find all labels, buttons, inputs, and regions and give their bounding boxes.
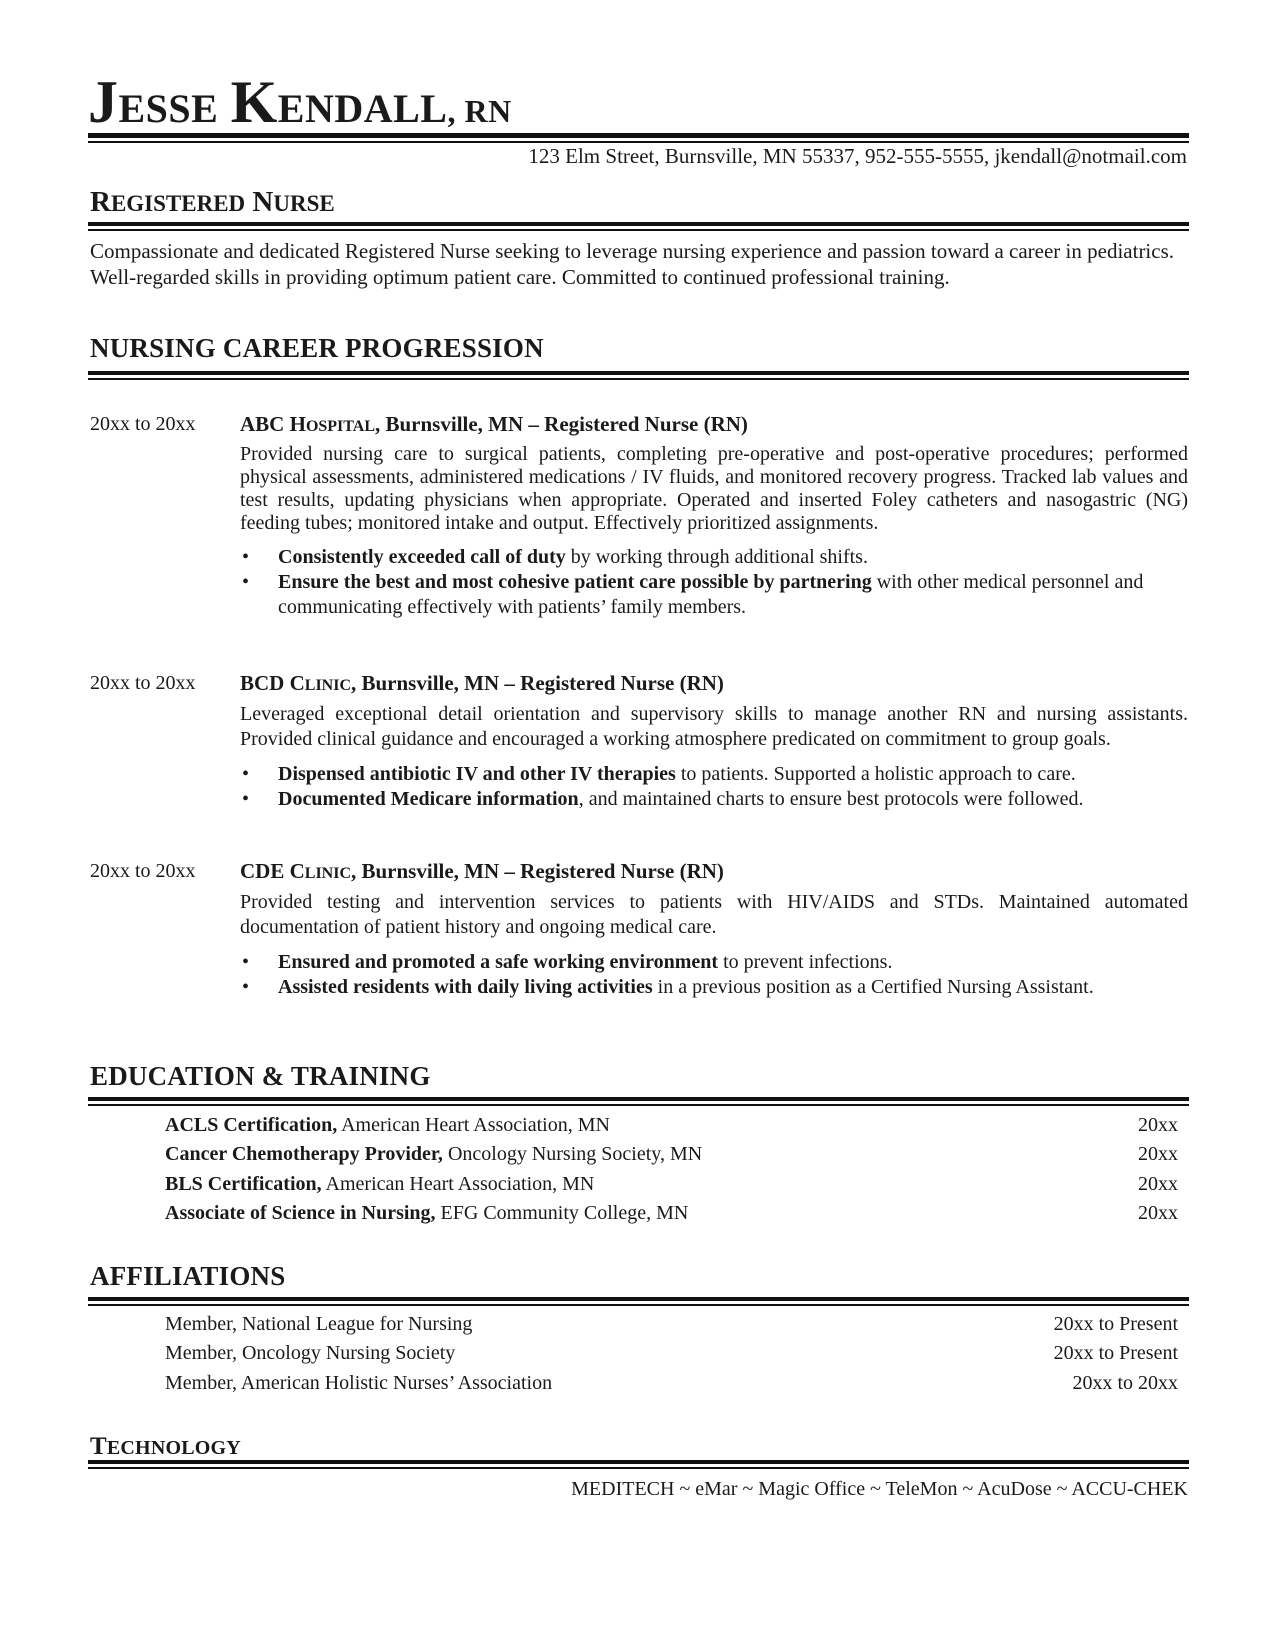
- job-dates: 20xx to 20xx: [90, 413, 196, 436]
- bullet-icon: •: [242, 950, 249, 975]
- contact-info: 123 Elm Street, Burnsville, MN 55337, 95…: [528, 144, 1187, 169]
- job-title-heading: REGISTERED NURSE: [90, 186, 335, 219]
- affiliation-item: Member, National League for Nursing20xx …: [165, 1313, 1178, 1336]
- career-divider: [88, 371, 1189, 380]
- bullet-icon: •: [242, 975, 249, 1000]
- technology-heading: TECHNOLOGY: [90, 1430, 241, 1461]
- technology-list: MEDITECH ~ eMar ~ Magic Office ~ TeleMon…: [571, 1478, 1188, 1501]
- affiliation-item: Member, American Holistic Nurses’ Associ…: [165, 1372, 1178, 1395]
- job-description: Leveraged exceptional detail orientation…: [240, 702, 1188, 752]
- title-divider: [88, 222, 1189, 231]
- job-header: BCD CLINIC, Burnsville, MN – Registered …: [240, 670, 1188, 699]
- job-header: CDE CLINIC, Burnsville, MN – Registered …: [240, 858, 1188, 887]
- name-divider: [88, 133, 1189, 143]
- bullet-icon: •: [242, 545, 249, 570]
- affiliation-item: Member, Oncology Nursing Society20xx to …: [165, 1342, 1178, 1365]
- job-entry: ABC HOSPITAL, Burnsville, MN – Registere…: [240, 411, 1188, 620]
- affiliations-divider: [88, 1297, 1189, 1306]
- job-entry: CDE CLINIC, Burnsville, MN – Registered …: [240, 858, 1188, 1000]
- job-bullets: •Dispensed antibiotic IV and other IV th…: [240, 762, 1188, 812]
- bullet-item: •Documented Medicare information, and ma…: [240, 787, 1188, 812]
- job-bullets: •Consistently exceeded call of duty by w…: [240, 545, 1188, 620]
- bullet-item: •Assisted residents with daily living ac…: [240, 975, 1188, 1000]
- resume-page: JESSE KENDALL, RN 123 Elm Street, Burnsv…: [0, 0, 1275, 1650]
- affiliations-heading: AFFILIATIONS: [90, 1261, 285, 1292]
- bullet-item: •Ensure the best and most cohesive patie…: [240, 570, 1188, 620]
- job-dates: 20xx to 20xx: [90, 860, 196, 883]
- bullet-icon: •: [242, 570, 249, 595]
- education-heading: EDUCATION & TRAINING: [90, 1061, 431, 1092]
- job-header: ABC HOSPITAL, Burnsville, MN – Registere…: [240, 411, 1188, 440]
- job-description: Provided testing and intervention servic…: [240, 890, 1188, 940]
- education-item: BLS Certification, American Heart Associ…: [165, 1173, 1178, 1196]
- bullet-item: •Ensured and promoted a safe working env…: [240, 950, 1188, 975]
- education-item: ACLS Certification, American Heart Assoc…: [165, 1114, 1178, 1137]
- job-entry: BCD CLINIC, Burnsville, MN – Registered …: [240, 670, 1188, 812]
- bullet-icon: •: [242, 787, 249, 812]
- bullet-item: •Dispensed antibiotic IV and other IV th…: [240, 762, 1188, 787]
- career-heading: NURSING CAREER PROGRESSION: [90, 333, 544, 364]
- summary-text: Compassionate and dedicated Registered N…: [90, 238, 1190, 290]
- education-item: Associate of Science in Nursing, EFG Com…: [165, 1202, 1178, 1225]
- job-dates: 20xx to 20xx: [90, 672, 196, 695]
- job-description: Provided nursing care to surgical patien…: [240, 443, 1188, 535]
- education-item: Cancer Chemotherapy Provider, Oncology N…: [165, 1143, 1178, 1166]
- candidate-name: JESSE KENDALL, RN: [88, 72, 512, 132]
- job-bullets: •Ensured and promoted a safe working env…: [240, 950, 1188, 1000]
- bullet-item: •Consistently exceeded call of duty by w…: [240, 545, 1188, 570]
- education-divider: [88, 1097, 1189, 1106]
- bullet-icon: •: [242, 762, 249, 787]
- technology-divider: [88, 1460, 1189, 1469]
